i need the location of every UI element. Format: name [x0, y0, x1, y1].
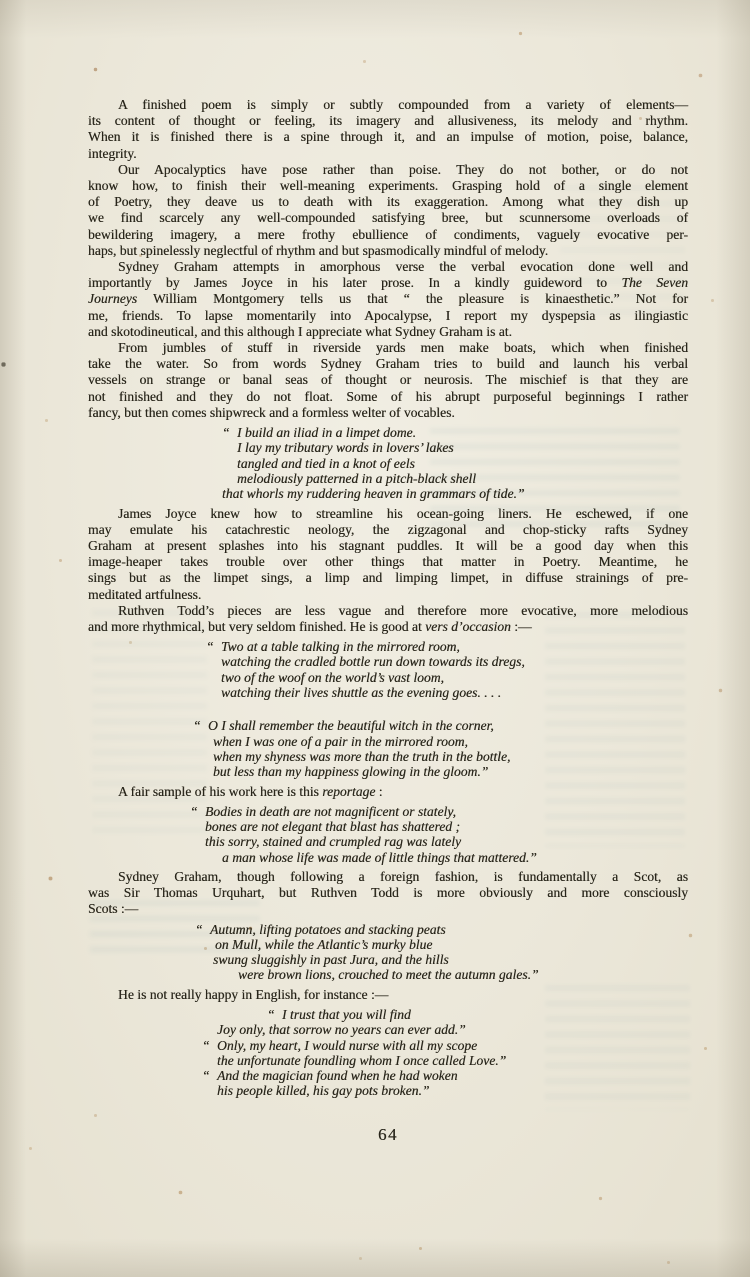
- text-segment: may emulate his catachrestic neology, th…: [88, 522, 688, 537]
- text-line: “Two at a table talking in the mirrored …: [221, 639, 688, 654]
- paragraph: Our Apocalyptics have pose rather than p…: [88, 162, 688, 259]
- text-segment: meditated artfulness.: [88, 587, 201, 602]
- text-line: importantly by James Joyce in his later …: [88, 275, 688, 291]
- text-line: swung sluggishly in past Jura, and the h…: [213, 952, 688, 967]
- text-segment: tangled and tied in a knot of eels: [237, 456, 415, 471]
- quote-block: “Two at a table talking in the mirrored …: [221, 639, 688, 700]
- paper-speckles: [0, 0, 1, 1]
- text-line: From jumbles of stuff in riverside yards…: [88, 340, 688, 356]
- text-line: a man whose life was made of little thin…: [222, 850, 688, 865]
- text-segment: Scots :—: [88, 901, 138, 916]
- text-line: “I build an iliad in a limpet dome.: [237, 425, 688, 440]
- text-column: A finished poem is simply or subtly comp…: [88, 0, 688, 1099]
- text-line: me, friends. To lapse momentarily into A…: [88, 308, 688, 324]
- text-line: “And the magician found when he had woke…: [217, 1068, 688, 1083]
- text-line: A finished poem is simply or subtly comp…: [88, 97, 688, 113]
- text-segment: swung sluggishly in past Jura, and the h…: [213, 952, 449, 967]
- text-line: may emulate his catachrestic neology, th…: [88, 522, 688, 538]
- text-segment: take the water. So from words Sydney Gra…: [88, 356, 688, 371]
- paragraph: A fair sample of his work here is this r…: [88, 784, 688, 800]
- text-segment: was Sir Thomas Urquhart, but Ruthven Tod…: [88, 885, 688, 900]
- text-segment: The Seven: [621, 275, 688, 290]
- text-segment: when I was one of a pair in the mirrored…: [213, 734, 468, 749]
- text-segment: Sydney Graham, though following a foreig…: [118, 869, 688, 884]
- paragraph: James Joyce knew how to streamline his o…: [88, 506, 688, 603]
- text-segment: I build an iliad in a limpet dome.: [237, 425, 416, 440]
- text-line: the unfortunate foundling whom I once ca…: [217, 1053, 688, 1068]
- open-quote: “: [267, 1007, 275, 1022]
- text-segment: Bodies in death are not magnificent or s…: [205, 804, 456, 819]
- text-line: his people killed, his gay pots broken.”: [217, 1083, 688, 1098]
- text-line: A fair sample of his work here is this r…: [88, 784, 688, 800]
- text-line: Journeys William Montgomery tells us tha…: [88, 291, 688, 307]
- text-line: I lay my tributary words in lovers’ lake…: [237, 440, 688, 455]
- text-line: watching the cradled bottle run down tow…: [221, 654, 688, 669]
- text-segment: When it is finished there is a spine thr…: [88, 129, 688, 144]
- text-segment: vessels on strange or banal seas of thou…: [88, 372, 688, 387]
- text-segment: two of the woof on the world’s vast loom…: [221, 670, 444, 685]
- text-line: two of the woof on the world’s vast loom…: [221, 670, 688, 685]
- text-line: vessels on strange or banal seas of thou…: [88, 372, 688, 388]
- text-segment: A fair sample of his work here is this: [118, 784, 322, 799]
- paragraph: Ruthven Todd’s pieces are less vague and…: [88, 603, 688, 635]
- text-segment: me, friends. To lapse momentarily into A…: [88, 308, 688, 323]
- text-segment: but less than my happiness glowing in th…: [213, 764, 488, 779]
- text-line: fancy, but then comes shipwreck and a fo…: [88, 405, 688, 421]
- text-segment: fancy, but then comes shipwreck and a fo…: [88, 405, 455, 420]
- paragraph: He is not really happy in English, for i…: [88, 987, 688, 1003]
- text-segment: James Joyce knew how to streamline his o…: [118, 506, 688, 521]
- text-line: tangled and tied in a knot of eels: [237, 456, 688, 471]
- text-line: meditated artfulness.: [88, 587, 688, 603]
- quote-block: “O I shall remember the beautiful witch …: [208, 718, 688, 779]
- text-segment: watching the cradled bottle run down tow…: [221, 654, 525, 669]
- book-page: A finished poem is simply or subtly comp…: [0, 0, 750, 1277]
- text-line: were brown lions, crouched to meet the a…: [238, 967, 688, 982]
- text-line: and more rhythmical, but very seldom fin…: [88, 619, 688, 635]
- text-line: haps, but spinelessly neglectful of rhyt…: [88, 243, 688, 259]
- text-line: integrity.: [88, 146, 688, 162]
- text-segment: Ruthven Todd’s pieces are less vague and…: [118, 603, 688, 618]
- paragraph: A finished poem is simply or subtly comp…: [88, 97, 688, 162]
- text-segment: its content of thought or feeling, its i…: [88, 113, 688, 128]
- text-line: we find scarcely any well-compounded sat…: [88, 210, 688, 226]
- text-segment: on Mull, while the Atlantic’s murky blue: [215, 937, 432, 952]
- text-line: “O I shall remember the beautiful witch …: [208, 718, 688, 733]
- text-segment: of Poetry, they deave us to death with i…: [88, 194, 688, 209]
- text-segment: vers d’occasion: [425, 619, 511, 634]
- text-line: of Poetry, they deave us to death with i…: [88, 194, 688, 210]
- text-segment: And the magician found when he had woken: [217, 1068, 458, 1083]
- text-segment: Our Apocalyptics have pose rather than p…: [118, 162, 688, 177]
- text-line: “I trust that you will find: [282, 1007, 688, 1022]
- text-line: take the water. So from words Sydney Gra…: [88, 356, 688, 372]
- text-line: was Sir Thomas Urquhart, but Ruthven Tod…: [88, 885, 688, 901]
- text-segment: this sorry, stained and crumpled rag was…: [205, 834, 461, 849]
- open-quote: “: [195, 922, 203, 937]
- text-line: bones are not elegant that blast has sha…: [205, 819, 688, 834]
- text-segment: a man whose life was made of little thin…: [222, 850, 537, 865]
- text-line: sings but as the limpet sings, a limp an…: [88, 570, 688, 586]
- text-line: know how, to finish their well-meaning e…: [88, 178, 688, 194]
- paragraph: Sydney Graham attempts in amorphous vers…: [88, 259, 688, 340]
- text-line: “Only, my heart, I would nurse with all …: [217, 1038, 688, 1053]
- quote-block: “I trust that you will findJoy only, tha…: [217, 1007, 688, 1099]
- text-segment: integrity.: [88, 146, 137, 161]
- text-line: He is not really happy in English, for i…: [88, 987, 688, 1003]
- text-line: James Joyce knew how to streamline his o…: [88, 506, 688, 522]
- text-segment: his people killed, his gay pots broken.”: [217, 1083, 429, 1098]
- text-segment: Joy only, that sorrow no years can ever …: [217, 1022, 466, 1037]
- text-line: but less than my happiness glowing in th…: [213, 764, 688, 779]
- open-quote: “: [202, 1068, 210, 1083]
- quote-block: “I build an iliad in a limpet dome.I lay…: [237, 425, 688, 501]
- text-line: that whorls my ruddering heaven in gramm…: [222, 486, 688, 501]
- text-segment: :—: [511, 619, 532, 634]
- text-segment: we find scarcely any well-compounded sat…: [88, 210, 688, 225]
- text-line: not finished and they do not float. Some…: [88, 389, 688, 405]
- open-quote: “: [193, 718, 201, 733]
- text-line: watching their lives shuttle as the even…: [221, 685, 688, 700]
- text-line: image-heaper takes trouble over other th…: [88, 554, 688, 570]
- open-quote: “: [206, 639, 214, 654]
- text-line: Scots :—: [88, 901, 688, 917]
- quote-block: “Autumn, lifting potatoes and stacking p…: [210, 922, 688, 983]
- text-segment: He is not really happy in English, for i…: [118, 987, 388, 1002]
- text-segment: From jumbles of stuff in riverside yards…: [118, 340, 688, 355]
- text-segment: bones are not elegant that blast has sha…: [205, 819, 460, 834]
- text-line: its content of thought or feeling, its i…: [88, 113, 688, 129]
- open-quote: “: [190, 804, 198, 819]
- text-line: Our Apocalyptics have pose rather than p…: [88, 162, 688, 178]
- text-segment: importantly by James Joyce in his later …: [88, 275, 621, 290]
- text-line: Joy only, that sorrow no years can ever …: [217, 1022, 688, 1037]
- text-line: bewildering imagery, a mere frothy ebull…: [88, 227, 688, 243]
- text-segment: were brown lions, crouched to meet the a…: [238, 967, 539, 982]
- text-line: melodiously patterned in a pitch-black s…: [237, 471, 688, 486]
- text-line: Ruthven Todd’s pieces are less vague and…: [88, 603, 688, 619]
- text-segment: Two at a table talking in the mirrored r…: [221, 639, 460, 654]
- text-line: when my shyness was more than the truth …: [213, 749, 688, 764]
- text-segment: know how, to finish their well-meaning e…: [88, 178, 688, 193]
- text-segment: when my shyness was more than the truth …: [213, 749, 510, 764]
- text-segment: and more rhythmical, but very seldom fin…: [88, 619, 425, 634]
- text-line: and skotodineutical, and this although I…: [88, 324, 688, 340]
- text-line: on Mull, while the Atlantic’s murky blue: [215, 937, 688, 952]
- text-segment: A finished poem is simply or subtly comp…: [118, 97, 688, 112]
- text-segment: O I shall remember the beautiful witch i…: [208, 718, 494, 733]
- text-segment: I lay my tributary words in lovers’ lake…: [237, 440, 454, 455]
- text-segment: reportage: [322, 784, 375, 799]
- text-line: Sydney Graham, though following a foreig…: [88, 869, 688, 885]
- text-segment: Journeys: [88, 291, 137, 306]
- paragraph: Sydney Graham, though following a foreig…: [88, 869, 688, 918]
- text-line: when I was one of a pair in the mirrored…: [213, 734, 688, 749]
- text-segment: watching their lives shuttle as the even…: [221, 685, 501, 700]
- open-quote: “: [222, 425, 230, 440]
- paragraph: From jumbles of stuff in riverside yards…: [88, 340, 688, 421]
- text-segment: Sydney Graham attempts in amorphous vers…: [118, 259, 688, 274]
- text-segment: William Montgomery tells us that “ the p…: [137, 291, 688, 306]
- text-segment: Graham at present splashes into his stag…: [88, 538, 688, 553]
- open-quote: “: [202, 1038, 210, 1053]
- text-segment: Only, my heart, I would nurse with all m…: [217, 1038, 477, 1053]
- text-line: Sydney Graham attempts in amorphous vers…: [88, 259, 688, 275]
- text-segment: Autumn, lifting potatoes and stacking pe…: [210, 922, 446, 937]
- text-line: Graham at present splashes into his stag…: [88, 538, 688, 554]
- text-segment: sings but as the limpet sings, a limp an…: [88, 570, 688, 585]
- page-number: 64: [88, 1125, 688, 1145]
- text-segment: not finished and they do not float. Some…: [88, 389, 688, 404]
- text-segment: :: [375, 784, 382, 799]
- text-line: this sorry, stained and crumpled rag was…: [205, 834, 688, 849]
- text-segment: and skotodineutical, and this although I…: [88, 324, 512, 339]
- text-segment: bewildering imagery, a mere frothy ebull…: [88, 227, 688, 242]
- text-line: “Autumn, lifting potatoes and stacking p…: [210, 922, 688, 937]
- text-line: When it is finished there is a spine thr…: [88, 129, 688, 145]
- text-segment: I trust that you will find: [282, 1007, 411, 1022]
- text-segment: that whorls my ruddering heaven in gramm…: [222, 486, 524, 501]
- quote-block: “Bodies in death are not magnificent or …: [205, 804, 688, 865]
- text-segment: melodiously patterned in a pitch-black s…: [237, 471, 476, 486]
- text-line: “Bodies in death are not magnificent or …: [205, 804, 688, 819]
- text-segment: the unfortunate foundling whom I once ca…: [217, 1053, 506, 1068]
- text-segment: haps, but spinelessly neglectful of rhyt…: [88, 243, 548, 258]
- text-segment: image-heaper takes trouble over other th…: [88, 554, 688, 569]
